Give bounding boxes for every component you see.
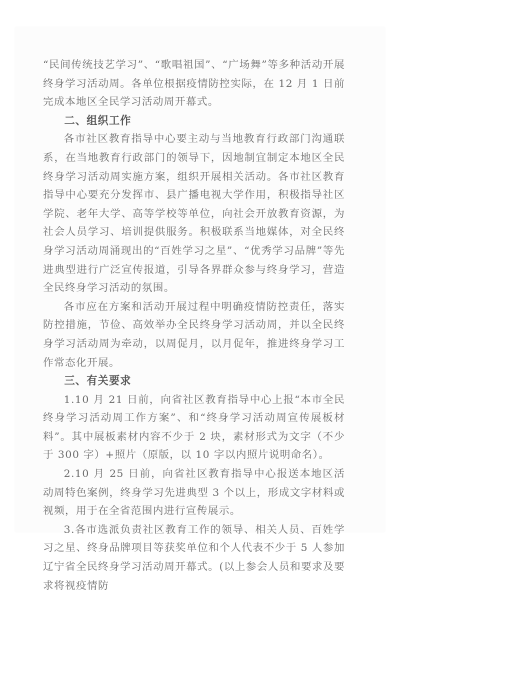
paragraph-activities-intro: “民间传统技艺学习”、“歌唱祖国”、“广场舞”等多种活动开展终身学习活动周。各单… — [43, 56, 345, 112]
document-body: “民间传统技艺学习”、“歌唱祖国”、“广场舞”等多种活动开展终身学习活动周。各单… — [43, 56, 345, 595]
paragraph-organization-guidance: 各市社区教育指导中心要主动与当地教育行政部门沟通联系，在当地教育行政部门的领导下… — [43, 130, 345, 297]
document-page: “民间传统技艺学习”、“歌唱祖国”、“广场舞”等多种活动开展终身学习活动周。各单… — [15, 27, 385, 532]
paragraph-epidemic-control: 各市应在方案和活动开展过程中明确疫情防控责任，落实防控措施，节俭、高效举办全民终… — [43, 298, 345, 372]
page-number: 2 — [15, 505, 385, 512]
section-heading-requirements: 三、有关要求 — [43, 372, 345, 391]
section-heading-organization: 二、组织工作 — [43, 112, 345, 131]
requirement-item-1: 1.10 月 21 日前，向省社区教育指导中心上报“本市全民终身学习活动周工作方… — [43, 391, 345, 465]
requirement-item-3: 3.各市选派负责社区教育工作的领导、相关人员、百姓学习之星、终身品牌项目等获奖单… — [43, 521, 345, 595]
requirement-item-2: 2.10 月 25 日前，向省社区教育指导中心报送本地区活动周特色案例，终身学习… — [43, 465, 345, 521]
